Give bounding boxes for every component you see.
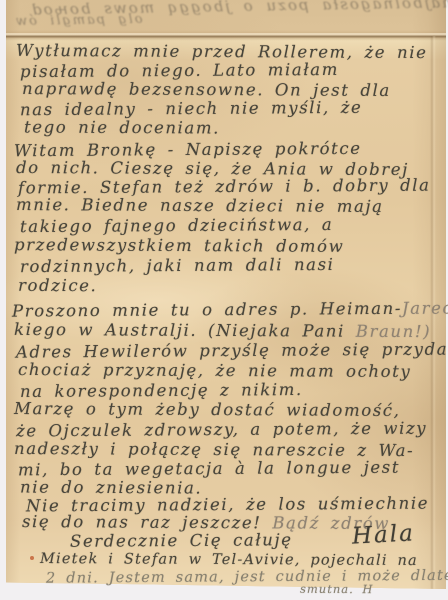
handwriting-line: chociaż przyznaję, że nie mam ochoty [18,360,411,381]
ink-dot [30,556,34,560]
handwriting-ink: tego nie doceniam. [24,117,220,137]
handwriting-ink: nadeszły i połączę się nareszcie z Wa- [14,439,414,460]
handwriting-ink: formie. Stefan też zdrów i b. dobry dla [18,176,431,198]
handwriting-ink: Proszono mnie tu o adres p. Heiman- [12,299,402,321]
handwriting-line: że Ojczulek zdrowszy, a potem, że wizy [16,419,427,441]
handwriting-ink: nas idealny - niech nie myśli, że [20,98,362,119]
fold-crease-horizontal [6,33,446,41]
handwriting-line: mnie. Biedne nasze dzieci nie mają [16,195,384,216]
handwriting-line: przedewszystkiem takich domów [14,235,344,256]
handwriting-line: Wytłumacz mnie przed Rollerem, że nie [16,41,428,62]
handwriting-pencil: 2 dni. Jestem sama, jest cudnie i może d… [46,567,448,586]
handwriting-line: Witam Bronkę - Napiszę pokrótce [14,139,362,160]
handwriting-ink: takiego fajnego dzieciństwa, a [20,215,333,236]
handwriting-line: rodzice. [18,276,98,295]
handwriting-ink: na korespondencję z nikim. [20,380,303,401]
handwriting-line: formie. Stefan też zdrów i b. dobry dla [18,176,431,198]
postscript-line: Mietek i Stefan w Tel-Avivie, pojechali … [40,551,418,569]
handwriting-line: się do nas raz jeszcze! Bądź zdrów [22,512,390,533]
handwriting-line: Proszono mnie tu o adres p. Heiman-Jarec… [12,298,448,320]
handwriting-line: mi, bo ta wegetacja à la longue jest [18,458,400,480]
handwriting-ink: że Ojczulek zdrowszy, a potem, że wizy [16,419,427,441]
handwriting-ink: Wytłumacz mnie przed Rollerem, że nie [16,41,428,62]
handwriting-ink: kiego w Australji. (Niejaka Pani [14,320,356,341]
handwriting-pencil: Braun!) [356,322,431,341]
handwriting-line: tego nie doceniam. [24,117,220,137]
bleedthrough-line: olg pamgli ów [14,12,143,29]
handwriting-ink: rodzice. [18,276,98,295]
handwriting-ink: Adres Hewilerów przyślę może się przydać… [16,339,448,361]
closing-line: Serdecznie Cię całuję [70,530,293,551]
handwriting-line: Adres Hewilerów przyślę może się przydać… [16,339,448,361]
handwriting-ink: naprawdę bezsensowne. On jest dla [22,79,391,100]
handwriting-line: kiego w Australji. (Niejaka Pani Braun!) [14,320,431,341]
handwriting-line: Marzę o tym żeby dostać wiadomość, [14,399,401,420]
handwriting-pencil: smutna. H [300,582,374,596]
handwriting-ink: przedewszystkiem takich domów [14,235,344,256]
handwriting-ink: Mietek i Stefan w Tel-Avivie, pojechali … [40,551,418,569]
handwriting-ink: Serdecznie Cię całuję [70,530,293,551]
handwriting-line: na korespondencję z nikim. [20,380,303,401]
handwriting-line: naprawdę bezsensowne. On jest dla [22,79,391,100]
letter-scan: majbolnagosła pozu o jboggq mows boњod o… [0,0,448,600]
postscript-line: 2 dni. Jestem sama, jest cudnie i może d… [46,567,448,586]
signature: Hala [351,520,415,549]
handwriting-line: pisałam do niego. Lato miałam [20,60,339,81]
handwriting-ink: mnie. Biedne nasze dzieci nie mają [16,195,384,216]
handwriting-line: nas idealny - niech nie myśli, że [20,98,362,119]
handwriting-ink: Marzę o tym żeby dostać wiadomość, [14,399,401,420]
handwriting-ink: mi, bo ta wegetacja à la longue jest [18,458,400,480]
postscript-line: smutna. H [300,582,374,596]
handwriting-line: nadeszły i połączę się nareszcie z Wa- [14,439,414,460]
handwriting-line: takiego fajnego dzieciństwa, a [20,215,333,236]
handwriting-ink: chociaż przyznaję, że nie mam ochoty [18,360,411,381]
handwriting-line: rodzinnych, jaki nam dali nasi [20,255,335,276]
handwriting-pencil: Jarec- [402,298,448,317]
handwriting-ink: rodzinnych, jaki nam dali nasi [20,255,335,276]
handwriting-ink: Witam Bronkę - Napiszę pokrótce [14,139,362,160]
handwriting-ink: pisałam do niego. Lato miałam [20,60,339,81]
handwriting-ink: się do nas raz jeszcze! [22,512,272,532]
